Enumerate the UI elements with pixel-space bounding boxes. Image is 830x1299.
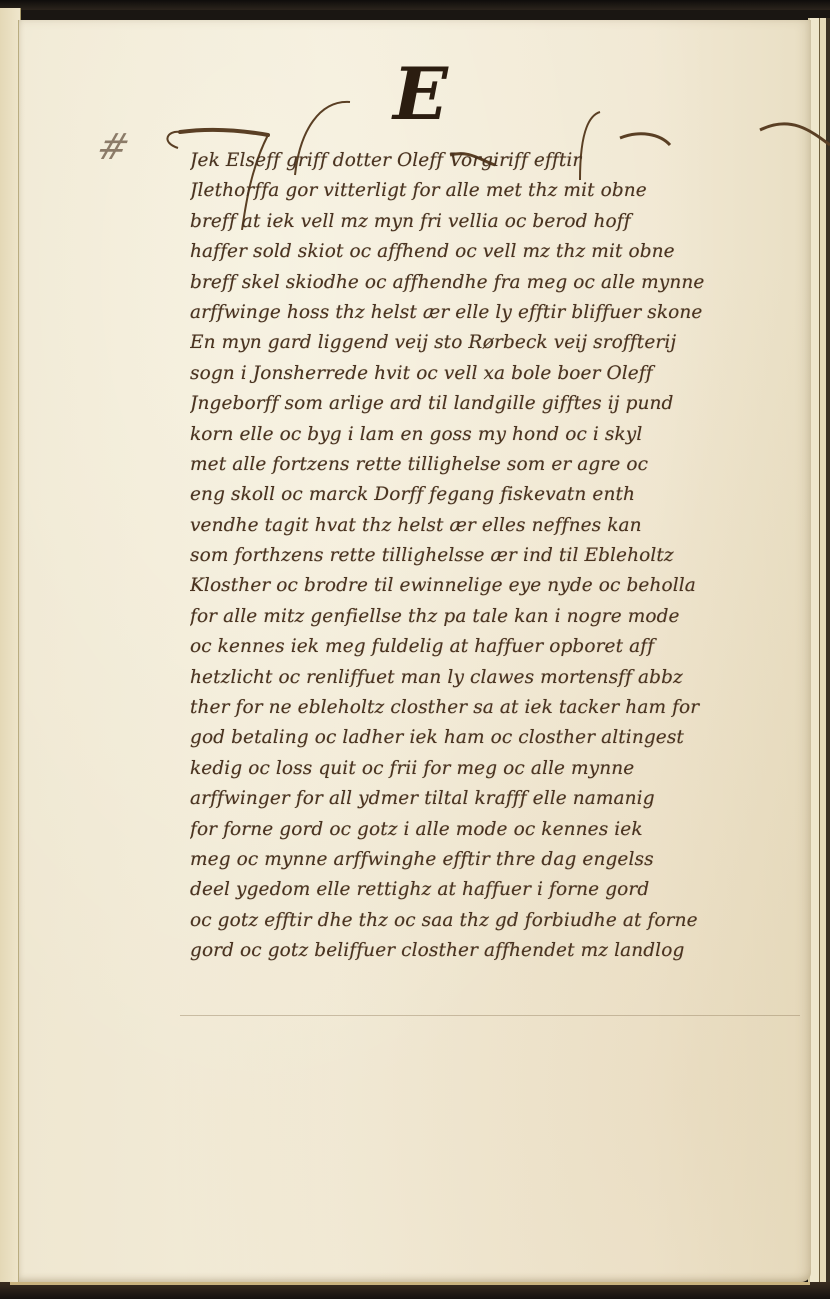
right-page-stack	[808, 18, 830, 1290]
text-line: vendhe tagit hvat thz helst ær elles nef…	[190, 511, 805, 541]
text-line: Klosther oc brodre til ewinnelige eye ny…	[190, 571, 805, 601]
initial-letter: E	[393, 58, 446, 130]
text-line: gord oc gotz beliffuer closther affhende…	[190, 936, 805, 966]
text-line: arffwinge hoss thz helst ær elle ly efft…	[190, 298, 805, 328]
text-line: for alle mitz genfiellse thz pa tale kan…	[190, 602, 805, 632]
text-line: Jngeborff som arlige ard til landgille g…	[190, 389, 805, 419]
text-line: oc gotz efftir dhe thz oc saa thz gd for…	[190, 906, 805, 936]
text-line: god betaling oc ladher iek ham oc closth…	[190, 723, 805, 753]
text-line: kedig oc loss quit oc frii for meg oc al…	[190, 754, 805, 784]
text-line: sogn i Jonsherrede hvit oc vell xa bole …	[190, 359, 805, 389]
text-line: oc kennes iek meg fuldelig at haffuer op…	[190, 632, 805, 662]
book-bottom-edge	[0, 1282, 830, 1299]
text-line: ther for ne ebleholtz closther sa at iek…	[190, 693, 805, 723]
text-line: haffer sold skiot oc affhend oc vell mz …	[190, 237, 805, 267]
manuscript-scan: E # Jek Elseff griff dotter Oleff Vorgir…	[0, 0, 830, 1299]
ruled-line	[180, 1015, 800, 1016]
book-top-edge	[0, 0, 830, 10]
text-line: arffwinger for all ydmer tiltal krafff e…	[190, 784, 805, 814]
text-line: breff skel skiodhe oc affhendhe fra meg …	[190, 268, 805, 298]
text-line: som forthzens rette tillighelsse ær ind …	[190, 541, 805, 571]
text-line: hetzlicht oc renliffuet man ly clawes mo…	[190, 663, 805, 693]
text-line: korn elle oc byg i lam en goss my hond o…	[190, 420, 805, 450]
text-line: deel ygedom elle rettighz at haffuer i f…	[190, 875, 805, 905]
text-line: eng skoll oc marck Dorff fegang fiskevat…	[190, 480, 805, 510]
text-line: Jek Elseff griff dotter Oleff Vorgiriff …	[190, 146, 805, 176]
manuscript-text: Jek Elseff griff dotter Oleff Vorgiriff …	[190, 146, 805, 967]
text-line: breff at iek vell mz myn fri vellia oc b…	[190, 207, 805, 237]
text-line: for forne gord oc gotz i alle mode oc ke…	[190, 815, 805, 845]
text-line: En myn gard liggend veij sto Rørbeck vei…	[190, 328, 805, 358]
text-line: meg oc mynne arffwinghe efftir thre dag …	[190, 845, 805, 875]
text-line: Jlethorffa gor vitterligt for alle met t…	[190, 176, 805, 206]
text-line: met alle fortzens rette tillighelse som …	[190, 450, 805, 480]
